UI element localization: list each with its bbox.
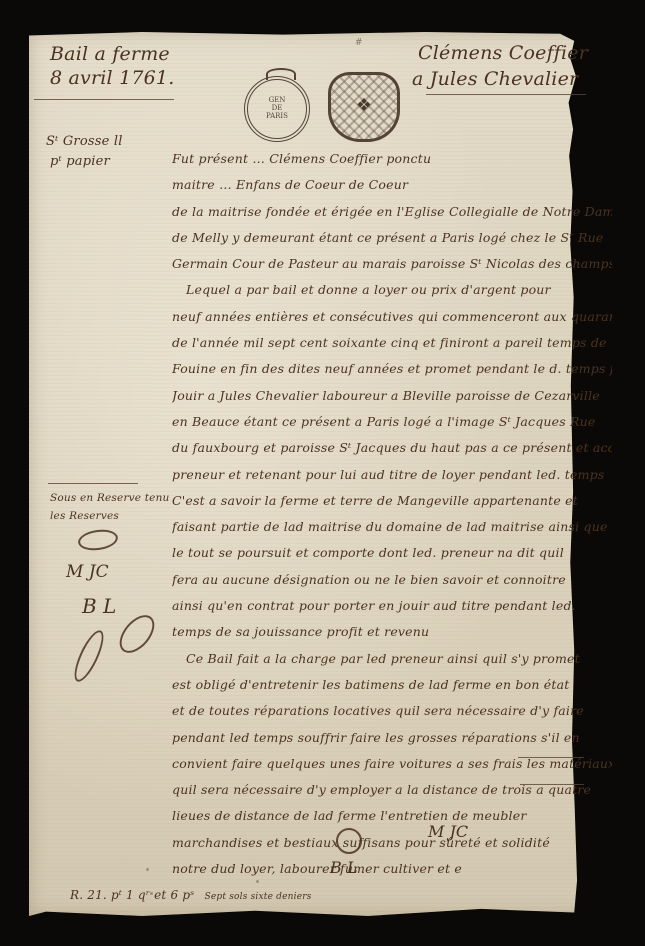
heading-underline	[34, 99, 174, 100]
body-line: en Beauce étant ce présent a Paris logé …	[172, 409, 612, 435]
body-line: convient faire quelques unes faire voitu…	[172, 751, 612, 777]
margin-note-reserves: Sous en Reserve tenu les Reserves	[50, 489, 170, 525]
stamp-text-line: GEN	[248, 96, 306, 104]
margin-initials-bl: B L	[82, 594, 116, 618]
parties-underline	[426, 94, 586, 95]
body-line: C'est a savoir la ferme et terre de Mang…	[172, 488, 612, 514]
margin-note-line: pᵗ papier	[50, 152, 123, 172]
body-line: temps de sa jouissance profit et revenu	[172, 619, 612, 645]
body-line: le tout se poursuit et comporte dont led…	[172, 540, 612, 566]
body-line: Fouine en fin des dites neuf années et p…	[172, 356, 612, 382]
lessee-name: a Jules Chevalier	[412, 66, 588, 92]
fee-note-small: Sept sols sixte deniers	[204, 892, 311, 902]
body-line: est obligé d'entretenir les batimens de …	[172, 672, 612, 698]
body-line: et de toutes réparations locatives quil …	[172, 698, 612, 724]
deed-title: Bail a ferme 8 avril 1761.	[50, 42, 174, 90]
body-line: de la maitrise fondée et érigée en l'Egl…	[172, 199, 612, 225]
registration-fee-note: R. 21. pᵗ 1 qʳ et 6 pˢ Sept sols sixte d…	[70, 888, 312, 902]
body-line: faisant partie de lad maitrise du domain…	[172, 514, 612, 540]
stamp-text-line: PARIS	[248, 112, 306, 120]
bottom-initials-mjc: M JC	[428, 822, 468, 841]
margin-initials-mjc: M JC	[66, 562, 109, 582]
archive-pencil-mark: #	[355, 38, 363, 48]
body-line: Lequel a par bail et donne a loyer ou pr…	[172, 277, 612, 303]
body-line: preneur et retenant pour lui aud titre d…	[172, 462, 612, 488]
body-line: fera au aucune désignation ou ne le bien…	[172, 567, 612, 593]
lessor-name: Clémens Coeffier	[418, 40, 588, 66]
body-line: ainsi qu'en contrat pour porter en jouir…	[172, 593, 612, 619]
body-line: Ce Bail fait a la charge par led preneur…	[172, 646, 612, 672]
margin-note-grosse: Sᵗ Grosse ll pᵗ papier	[46, 132, 123, 172]
stamp-text-line: DE	[248, 104, 306, 112]
body-line: Germain Cour de Pasteur au marais parois…	[172, 251, 612, 277]
body-line: quil sera nécessaire d'y employer a la d…	[172, 777, 612, 803]
body-line: neuf années entières et consécutives qui…	[172, 304, 612, 330]
bottom-initials-bl: B L	[330, 858, 357, 877]
body-line: Jouir a Jules Chevalier laboureur a Blev…	[172, 383, 612, 409]
body-line: de l'année mil sept cent soixante cinq e…	[172, 330, 612, 356]
generalite-de-paris-stamp: GEN DE PARIS	[244, 76, 310, 142]
line-end-dash	[520, 784, 584, 785]
margin-note-line: Sᵗ Grosse ll	[46, 132, 123, 152]
margin-note-line: Sous en Reserve tenu	[50, 489, 170, 507]
fee-note-main: R. 21. pᵗ 1 qʳ et 6 pˢ	[70, 888, 194, 902]
margin-rule	[48, 483, 138, 484]
body-line: pendant led temps souffrir faire les gro…	[172, 725, 612, 751]
body-line: notre dud loyer, labourer fumer cultiver…	[172, 856, 612, 882]
deed-type: Bail a ferme	[50, 42, 174, 66]
body-line: marchandises et bestiaux suffisans pour …	[172, 830, 612, 856]
ink-spot	[256, 880, 259, 883]
ink-spot	[146, 868, 149, 871]
body-line: du fauxbourg et paroisse Sᵗ Jacques du h…	[172, 435, 612, 461]
deed-parties: Clémens Coeffier a Jules Chevalier	[418, 40, 588, 92]
body-line: de Melly y demeurant étant ce présent a …	[172, 225, 612, 251]
body-line: maitre … Enfans de Coeur de Coeur	[172, 172, 612, 198]
body-line: lieues de distance de lad ferme l'entret…	[172, 803, 612, 829]
deed-body: Fut présent … Clémens Coeffier ponctu ma…	[172, 146, 612, 882]
ornate-tax-stamp	[328, 72, 400, 142]
margin-note-line: les Reserves	[50, 507, 170, 525]
line-end-dash	[518, 757, 584, 758]
signature-flourish	[336, 828, 362, 854]
body-line: Fut présent … Clémens Coeffier ponctu	[172, 146, 612, 172]
deed-date: 8 avril 1761.	[50, 66, 174, 90]
